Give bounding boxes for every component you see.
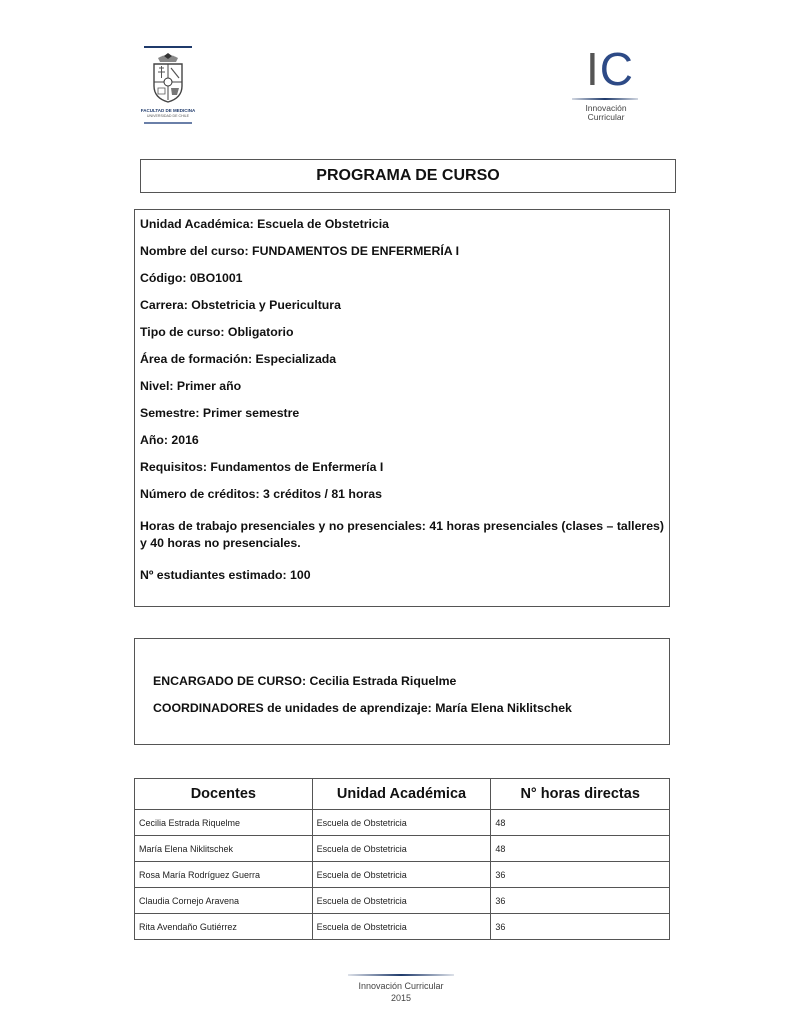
course-staff-box: ENCARGADO DE CURSO: Cecilia Estrada Riqu… <box>134 638 670 745</box>
cell-unidad: Escuela de Obstetricia <box>312 862 491 888</box>
coordinadores: COORDINADORES de unidades de aprendizaje… <box>153 700 669 727</box>
info-requisitos: Requisitos: Fundamentos de Enfermería I <box>140 459 664 486</box>
info-semestre: Semestre: Primer semestre <box>140 405 664 432</box>
ic-logo-mark: IC <box>586 46 634 92</box>
logo-bottom-rule <box>144 122 192 124</box>
docentes-table: Docentes Unidad Académica N° horas direc… <box>134 778 670 940</box>
cell-horas: 48 <box>491 836 670 862</box>
logo-rule <box>572 98 638 100</box>
footer-innovacion-curricular: Innovación Curricular <box>345 981 457 991</box>
header-docentes: Docentes <box>135 779 313 810</box>
table-row: Rita Avendaño Gutiérrez Escuela de Obste… <box>135 914 670 940</box>
footer-year: 2015 <box>345 993 457 1003</box>
info-nombre-curso: Nombre del curso: FUNDAMENTOS DE ENFERME… <box>140 243 664 270</box>
cell-unidad: Escuela de Obstetricia <box>312 914 491 940</box>
info-codigo: Código: 0BO1001 <box>140 270 664 297</box>
cell-docente: Claudia Cornejo Aravena <box>135 888 313 914</box>
info-carrera: Carrera: Obstetricia y Puericultura <box>140 297 664 324</box>
faculty-caption: FACULTAD DE MEDICINA <box>140 108 196 113</box>
info-unidad-academica: Unidad Académica: Escuela de Obstetricia <box>140 216 664 243</box>
table-row: María Elena Niklitschek Escuela de Obste… <box>135 836 670 862</box>
info-anio: Año: 2016 <box>140 432 664 459</box>
cell-docente: María Elena Niklitschek <box>135 836 313 862</box>
course-info-box: Unidad Académica: Escuela de Obstetricia… <box>134 209 670 607</box>
page-footer: Innovación Curricular 2015 <box>345 974 457 1003</box>
innovacion-curricular-logo: IC Innovación Curricular <box>570 46 642 126</box>
logo-caption-curricular: Curricular <box>570 112 642 122</box>
info-tipo-curso: Tipo de curso: Obligatorio <box>140 324 664 351</box>
page-title: PROGRAMA DE CURSO <box>140 159 676 193</box>
cell-horas: 36 <box>491 888 670 914</box>
faculty-logo: FACULTAD DE MEDICINA UNIVERSIDAD DE CHIL… <box>140 44 196 124</box>
cell-docente: Rita Avendaño Gutiérrez <box>135 914 313 940</box>
cell-unidad: Escuela de Obstetricia <box>312 810 491 836</box>
cell-docente: Rosa María Rodríguez Guerra <box>135 862 313 888</box>
cell-horas: 36 <box>491 862 670 888</box>
faculty-crest-icon <box>150 52 186 104</box>
info-creditos: Número de créditos: 3 créditos / 81 hora… <box>140 486 664 513</box>
cell-horas: 36 <box>491 914 670 940</box>
footer-rule <box>348 974 454 976</box>
table-row: Rosa María Rodríguez Guerra Escuela de O… <box>135 862 670 888</box>
cell-docente: Cecilia Estrada Riquelme <box>135 810 313 836</box>
info-nivel: Nivel: Primer año <box>140 378 664 405</box>
table-row: Cecilia Estrada Riquelme Escuela de Obst… <box>135 810 670 836</box>
header-horas-directas: N° horas directas <box>491 779 670 810</box>
logo-top-rule <box>144 46 192 48</box>
table-row: Claudia Cornejo Aravena Escuela de Obste… <box>135 888 670 914</box>
encargado-de-curso: ENCARGADO DE CURSO: Cecilia Estrada Riqu… <box>153 673 669 700</box>
info-horas-trabajo: Horas de trabajo presenciales y no prese… <box>140 518 664 552</box>
cell-horas: 48 <box>491 810 670 836</box>
cell-unidad: Escuela de Obstetricia <box>312 888 491 914</box>
table-header-row: Docentes Unidad Académica N° horas direc… <box>135 779 670 810</box>
info-area-formacion: Área de formación: Especializada <box>140 351 664 378</box>
header-unidad-academica: Unidad Académica <box>312 779 491 810</box>
logo-letter-c: C <box>600 43 634 95</box>
logo-letter-i: I <box>586 43 600 95</box>
cell-unidad: Escuela de Obstetricia <box>312 836 491 862</box>
university-caption: UNIVERSIDAD DE CHILE <box>140 114 196 118</box>
info-estudiantes: Nº estudiantes estimado: 100 <box>140 568 664 582</box>
